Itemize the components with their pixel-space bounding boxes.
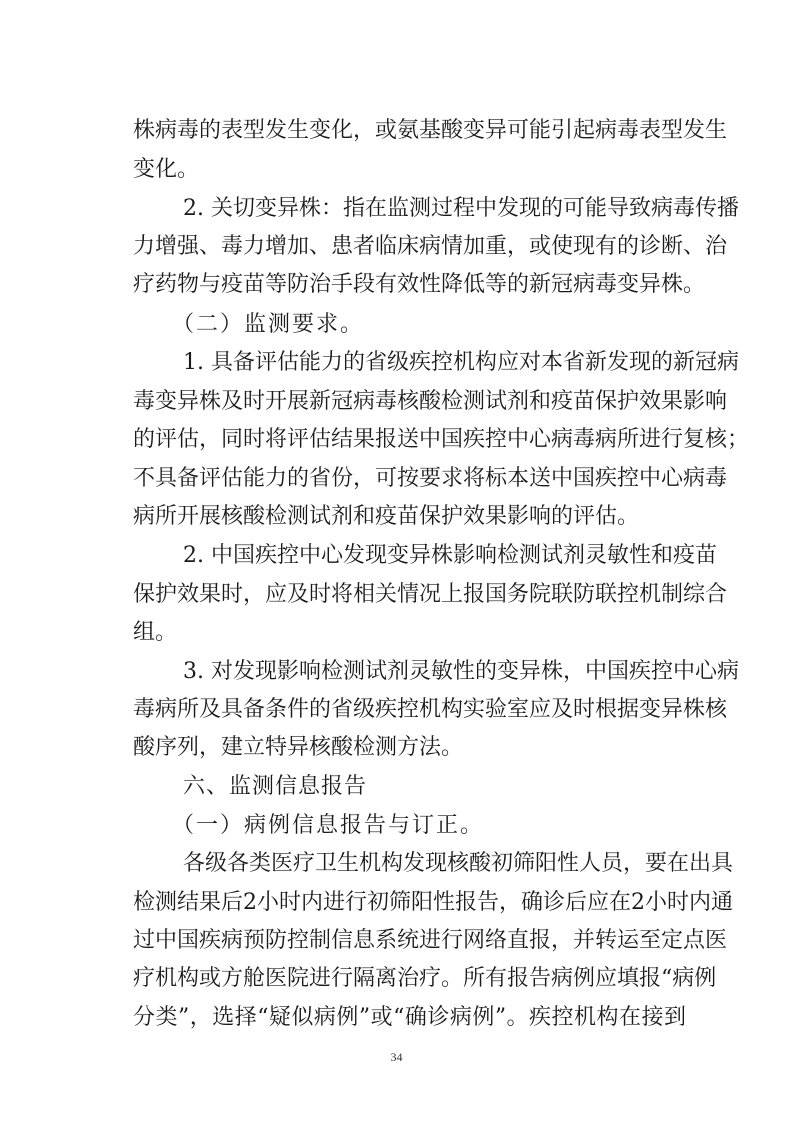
body-text-line: 毒病所及具备条件的省级疾控机构实验室应及时根据变异株核 [133,695,686,725]
body-text-line: 过中国疾病预防控制信息系统进行网络直报，并转运至定点医 [133,926,686,956]
body-text-line: 疗药物与疫苗等防治手段有效性降低等的新冠病毒变异株。 [133,270,686,300]
body-text-line: 检测结果后2小时内进行初筛阳性报告，确诊后应在2小时内通 [133,888,686,918]
body-text-line: 力增强、毒力增加、患者临床病情加重，或使现有的诊断、治 [133,232,686,262]
body-text-line: 毒变异株及时开展新冠病毒核酸检测试剂和疫苗保护效果影响 [133,387,686,417]
document-page: 株病毒的表型发生变化，或氨基酸变异可能引起病毒表型发生 变化。 2. 关切变异株… [0,0,793,1122]
numbered-item-line: 1. 具备评估能力的省级疾控机构应对本省新发现的新冠病 [183,348,686,378]
numbered-item-line: 2. 关切变异株：指在监测过程中发现的可能导致病毒传播 [183,194,686,224]
body-text-line: 病所开展核酸检测试剂和疫苗保护效果影响的评估。 [133,502,686,532]
section-heading: 六、监测信息报告 [183,772,686,802]
body-text-line: 分类”，选择“疑似病例”或“确诊病例”。疾控机构在接到 [133,1003,686,1033]
body-text-line: 变化。 [133,155,686,185]
body-text-line: 疗机构或方舱医院进行隔离治疗。所有报告病例应填报“病例 [133,964,686,994]
body-text-line: 的评估，同时将评估结果报送中国疾控中心病毒病所进行复核； [133,425,686,455]
body-text-line: 保护效果时，应及时将相关情况上报国务院联防联控机制综合 [133,580,686,610]
subsection-heading: （一）病例信息报告与订正。 [172,811,725,841]
subsection-heading: （二）监测要求。 [172,310,725,340]
numbered-item-line: 2. 中国疾控中心发现变异株影响检测试剂灵敏性和疫苗 [183,541,686,571]
body-text-line: 组。 [133,618,686,648]
page-number: 34 [0,1050,793,1065]
body-text-line: 酸序列，建立特异核酸检测方法。 [133,733,686,763]
body-text-line: 不具备评估能力的省份，可按要求将标本送中国疾控中心病毒 [133,464,686,494]
body-text-line: 株病毒的表型发生变化，或氨基酸变异可能引起病毒表型发生 [133,116,686,146]
body-text-line: 各级各类医疗卫生机构发现核酸初筛阳性人员，要在出具 [183,849,686,879]
numbered-item-line: 3. 对发现影响检测试剂灵敏性的变异株，中国疾控中心病 [183,657,686,687]
